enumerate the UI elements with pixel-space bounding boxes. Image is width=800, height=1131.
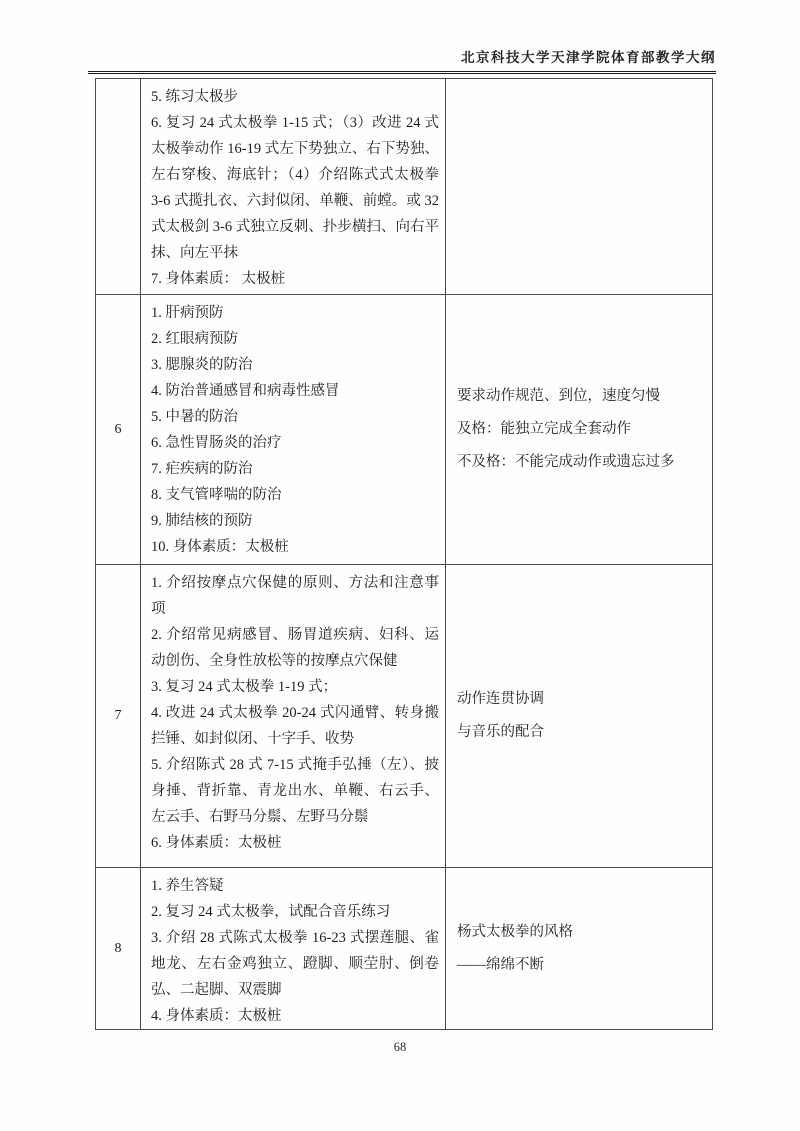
- content-item: 2. 介绍常见病感冒、肠胃道疾病、妇科、运动创伤、全身性放松等的按摩点穴保健: [151, 622, 439, 674]
- content-item: 2. 复习 24 式太极拳，试配合音乐练习: [151, 899, 439, 925]
- syllabus-table: 5. 练习太极步6. 复习 24 式太极拳 1-15 式；（3）改进 24 式太…: [95, 78, 713, 1030]
- row-number-cell: 7: [96, 565, 141, 867]
- row-note-cell: 要求动作规范、到位，速度匀慢及格：能独立完成全套动作不及格：不能完成动作或遗忘过…: [446, 295, 712, 564]
- table-row: 5. 练习太极步6. 复习 24 式太极拳 1-15 式；（3）改进 24 式太…: [96, 79, 712, 294]
- content-item: 4. 身体素质：太极桩: [151, 1003, 439, 1029]
- content-item: 5. 介绍陈式 28 式 7-15 式掩手弘捶（左）、披身捶、背折靠、青龙出水、…: [151, 752, 439, 830]
- row-number-cell: 6: [96, 295, 141, 564]
- content-item: 1. 介绍按摩点穴保健的原则、方法和注意事项: [151, 570, 439, 622]
- content-item: 1. 肝病预防: [151, 300, 439, 326]
- row-number-cell: [96, 79, 141, 294]
- row-note-cell: [446, 79, 712, 294]
- note-line: 动作连贯协调: [457, 683, 706, 716]
- note-line: 不及格：不能完成动作或遗忘过多: [457, 446, 706, 479]
- content-item: 10. 身体素质：太极桩: [151, 534, 439, 560]
- content-item: 2. 红眼病预防: [151, 326, 439, 352]
- row-content-cell: 1. 养生答疑2. 复习 24 式太极拳，试配合音乐练习3. 介绍 28 式陈式…: [141, 868, 446, 1029]
- content-item: 8. 支气管哮喘的防治: [151, 482, 439, 508]
- table-row: 7 1. 介绍按摩点穴保健的原则、方法和注意事项2. 介绍常见病感冒、肠胃道疾病…: [96, 564, 712, 867]
- note-line: 要求动作规范、到位，速度匀慢: [457, 380, 706, 413]
- content-item: 3. 复习 24 式太极拳 1-19 式；: [151, 674, 439, 700]
- content-item: 6. 急性胃肠炎的治疗: [151, 430, 439, 456]
- note-line: 及格：能独立完成全套动作: [457, 413, 706, 446]
- note-line: 与音乐的配合: [457, 716, 706, 749]
- table-row: 6 1. 肝病预防2. 红眼病预防3. 腮腺炎的防治4. 防治普通感冒和病毒性感…: [96, 294, 712, 564]
- content-item: 9. 肺结核的预防: [151, 508, 439, 534]
- note-line: ——绵绵不断: [457, 949, 706, 982]
- table-row: 8 1. 养生答疑2. 复习 24 式太极拳，试配合音乐练习3. 介绍 28 式…: [96, 867, 712, 1029]
- content-item: 3. 介绍 28 式陈式太极拳 16-23 式摆莲腿、雀地龙、左右金鸡独立、蹬脚…: [151, 925, 439, 1003]
- document-page: 北京科技大学天津学院体育部教学大纲 5. 练习太极步6. 复习 24 式太极拳 …: [0, 0, 800, 1131]
- row-content-cell: 1. 肝病预防2. 红眼病预防3. 腮腺炎的防治4. 防治普通感冒和病毒性感冒5…: [141, 295, 446, 564]
- content-item: 1. 养生答疑: [151, 873, 439, 899]
- document-header: 北京科技大学天津学院体育部教学大纲: [88, 46, 716, 74]
- row-note-cell: 杨式太极拳的风格——绵绵不断: [446, 868, 712, 1029]
- row-content-cell: 5. 练习太极步6. 复习 24 式太极拳 1-15 式；（3）改进 24 式太…: [141, 79, 446, 294]
- content-item: 4. 防治普通感冒和病毒性感冒: [151, 378, 439, 404]
- row-content-cell: 1. 介绍按摩点穴保健的原则、方法和注意事项2. 介绍常见病感冒、肠胃道疾病、妇…: [141, 565, 446, 867]
- row-number-cell: 8: [96, 868, 141, 1029]
- content-item: 4. 改进 24 式太极拳 20-24 式闪通臂、转身搬拦锤、如封似闭、十字手、…: [151, 700, 439, 752]
- content-item: 7. 身体素质： 太极桩: [151, 266, 439, 292]
- header-title: 北京科技大学天津学院体育部教学大纲: [461, 50, 716, 65]
- content-item: 5. 中暑的防治: [151, 404, 439, 430]
- content-item: 6. 身体素质：太极桩: [151, 830, 439, 856]
- page-number: 68: [0, 1040, 800, 1055]
- content-item: 5. 练习太极步: [151, 84, 439, 110]
- content-item: 6. 复习 24 式太极拳 1-15 式；（3）改进 24 式太极拳动作 16-…: [151, 110, 439, 266]
- row-note-cell: 动作连贯协调与音乐的配合: [446, 565, 712, 867]
- content-item: 7. 疟疾病的防治: [151, 456, 439, 482]
- content-item: 3. 腮腺炎的防治: [151, 352, 439, 378]
- note-line: 杨式太极拳的风格: [457, 916, 706, 949]
